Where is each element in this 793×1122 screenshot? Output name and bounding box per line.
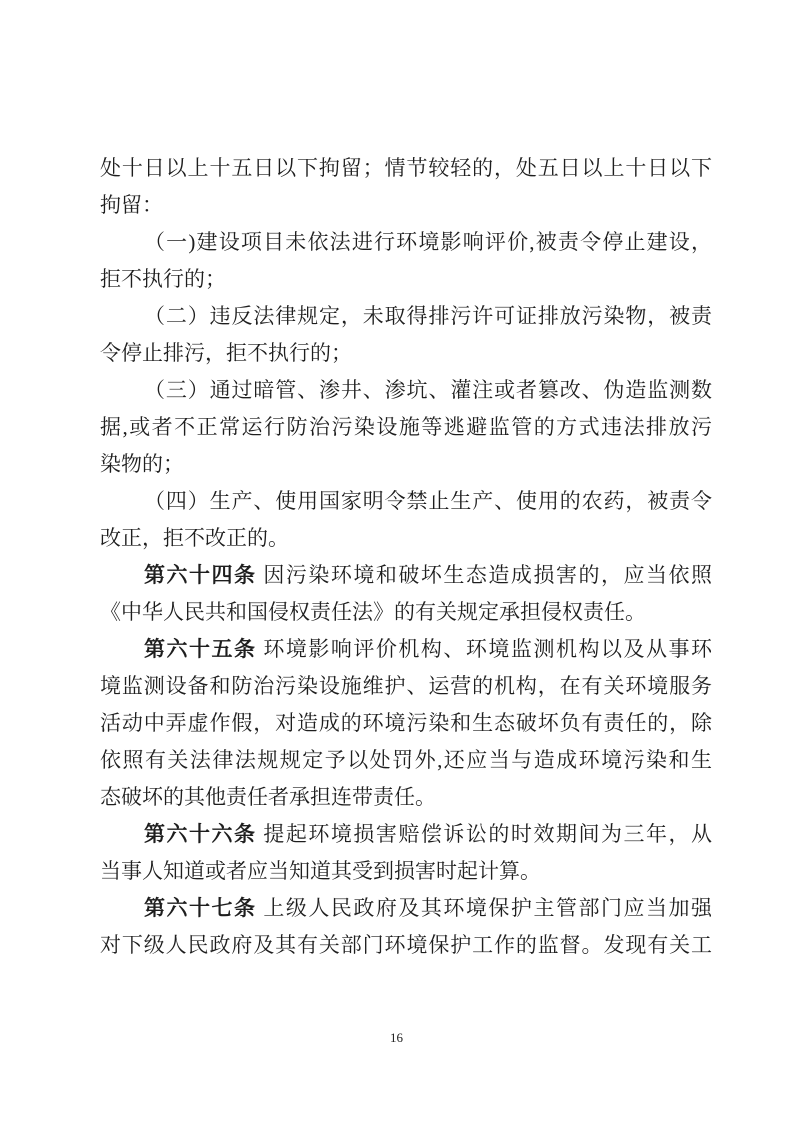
line-text: 改正，拒不改正的。	[100, 526, 289, 550]
line-text: （一)建设项目未依法进行环境影响评价,被责令停止建设，	[144, 230, 712, 254]
line-text: 拒不执行的；	[100, 267, 226, 291]
page-number: 16	[0, 1030, 793, 1046]
line-text: 上级人民政府及其环境保护主管部门应当加强	[257, 896, 712, 920]
line-text: 染物的；	[100, 452, 184, 476]
text-line: 第六十七条 上级人民政府及其环境保护主管部门应当加强	[100, 890, 712, 927]
text-line: 第六十四条 因污染环境和破坏生态造成损害的，应当依照	[100, 557, 712, 594]
line-text: 据,或者不正常运行防治污染设施等逃避监管的方式违法排放污	[100, 415, 712, 439]
text-line: 处十日以上十五日以下拘留；情节较轻的，处五日以上十日以下	[100, 150, 712, 187]
text-line: 对下级人民政府及其有关部门环境保护工作的监督。发现有关工	[100, 927, 712, 964]
line-text: （四）生产、使用国家明令禁止生产、使用的农药，被责令	[144, 489, 712, 513]
text-line: 依照有关法律法规规定予以处罚外,还应当与造成环境污染和生	[100, 742, 712, 779]
text-line: 活动中弄虚作假，对造成的环境污染和生态破坏负有责任的，除	[100, 705, 712, 742]
text-line: 拒不执行的；	[100, 261, 712, 298]
line-text: 依照有关法律法规规定予以处罚外,还应当与造成环境污染和生	[100, 748, 712, 772]
line-text: （二）违反法律规定，未取得排污许可证排放污染物，被责	[144, 304, 712, 328]
article-number: 第六十六条	[144, 822, 257, 846]
article-number: 第六十七条	[144, 896, 257, 920]
text-line: （一)建设项目未依法进行环境影响评价,被责令停止建设，	[100, 224, 712, 261]
text-line: 态破坏的其他责任者承担连带责任。	[100, 779, 712, 816]
line-text: （三）通过暗管、渗井、渗坑、灌注或者篡改、伪造监测数	[144, 378, 712, 402]
line-text: 环境影响评价机构、环境监测机构以及从事环	[257, 637, 712, 661]
text-line: 当事人知道或者应当知道其受到损害时起计算。	[100, 853, 712, 890]
line-text: 令停止排污，拒不执行的；	[100, 341, 352, 365]
line-text: 因污染环境和破坏生态造成损害的，应当依照	[257, 563, 712, 587]
text-line: 境监测设备和防治污染设施维护、运营的机构，在有关环境服务	[100, 668, 712, 705]
text-line: 据,或者不正常运行防治污染设施等逃避监管的方式违法排放污	[100, 409, 712, 446]
text-line: 《中华人民共和国侵权责任法》的有关规定承担侵权责任。	[100, 594, 712, 631]
article-number: 第六十四条	[144, 563, 257, 587]
text-line: 令停止排污，拒不执行的；	[100, 335, 712, 372]
line-text: 态破坏的其他责任者承担连带责任。	[100, 785, 436, 809]
text-line: 染物的；	[100, 446, 712, 483]
text-line: 拘留：	[100, 187, 712, 224]
text-line: 改正，拒不改正的。	[100, 520, 712, 557]
text-line: （二）违反法律规定，未取得排污许可证排放污染物，被责	[100, 298, 712, 335]
article-number: 第六十五条	[144, 637, 257, 661]
line-text: 处十日以上十五日以下拘留；情节较轻的，处五日以上十日以下	[100, 156, 712, 180]
line-text: 《中华人民共和国侵权责任法》的有关规定承担侵权责任。	[100, 600, 646, 624]
text-line: 第六十六条 提起环境损害赔偿诉讼的时效期间为三年，从	[100, 816, 712, 853]
line-text: 提起环境损害赔偿诉讼的时效期间为三年，从	[257, 822, 712, 846]
text-line: （三）通过暗管、渗井、渗坑、灌注或者篡改、伪造监测数	[100, 372, 712, 409]
line-text: 活动中弄虚作假，对造成的环境污染和生态破坏负有责任的，除	[100, 711, 712, 735]
line-text: 对下级人民政府及其有关部门环境保护工作的监督。发现有关工	[100, 933, 712, 957]
line-text: 拘留：	[100, 193, 163, 217]
text-line: （四）生产、使用国家明令禁止生产、使用的农药，被责令	[100, 483, 712, 520]
line-text: 境监测设备和防治污染设施维护、运营的机构，在有关环境服务	[100, 674, 712, 698]
text-line: 第六十五条 环境影响评价机构、环境监测机构以及从事环	[100, 631, 712, 668]
line-text: 当事人知道或者应当知道其受到损害时起计算。	[100, 859, 541, 883]
document-page: 处十日以上十五日以下拘留；情节较轻的，处五日以上十日以下拘留：（一)建设项目未依…	[0, 0, 793, 1122]
document-body: 处十日以上十五日以下拘留；情节较轻的，处五日以上十日以下拘留：（一)建设项目未依…	[100, 150, 712, 964]
